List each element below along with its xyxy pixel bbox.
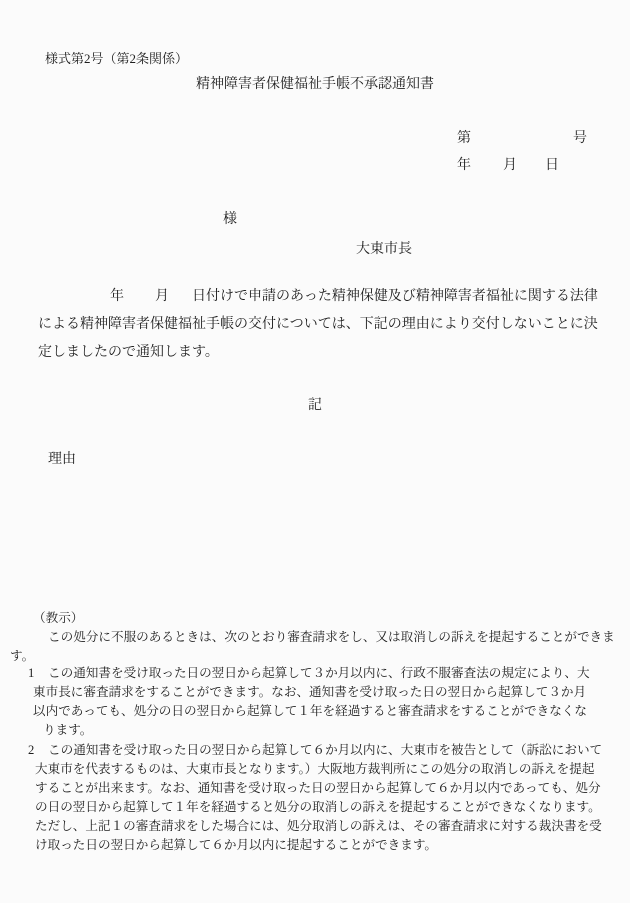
kyoji-item2-number: 2 bbox=[28, 743, 34, 758]
ki-marker: 記 bbox=[0, 398, 630, 414]
reason-label: 理由 bbox=[48, 452, 76, 468]
kyoji-item1-line2: 東市長に審査請求をすることができます。なお、通知書を受け取った日の翌日から起算し… bbox=[33, 685, 586, 700]
body-line1-text: 日付けで申請のあった精神保健及び精神障害者福祉に関する法律 bbox=[192, 289, 598, 305]
kyoji-item1-line1: この通知書を受け取った日の翌日から起算して３か月以内に、行政不服審査法の規定によ… bbox=[48, 666, 590, 681]
form-number: 様式第2号（第2条関係） bbox=[45, 51, 188, 66]
kyoji-item1-line4: ります。 bbox=[43, 723, 92, 738]
kyoji-item2-line2: 大東市を代表するものは、大東市長となります。）大阪地方裁判所にこの処分の取消しの… bbox=[35, 762, 594, 777]
document-title: 精神障害者保健福祉手帳不承認通知書 bbox=[0, 77, 630, 93]
kyoji-item2-line3: することが出来ます。なお、通知書を受け取った日の翌日から起算して６か月以内であっ… bbox=[35, 781, 601, 796]
kyoji-item2-line4: の日の翌日から起算して１年を経過すると処分の取消しの訴えを提起することができなく… bbox=[35, 800, 601, 815]
date-day-label: 日 bbox=[545, 158, 559, 174]
document-page: 様式第2号（第2条関係） 精神障害者保健福祉手帳不承認通知書 第 号 年 月 日… bbox=[0, 0, 630, 903]
date-year-label: 年 bbox=[457, 158, 471, 174]
kyoji-intro-line1: この処分に不服のあるときは、次のとおり審査請求をし、又は取消しの訴えを提起するこ… bbox=[48, 630, 615, 645]
kyoji-item1-number: 1 bbox=[28, 666, 34, 681]
body-line2-text: による精神障害者保健福祉手帳の交付については、下記の理由により交付しないことに決 bbox=[38, 317, 598, 333]
kyoji-intro-line2: す。 bbox=[10, 649, 34, 664]
kyoji-item1-line3: 以内であっても、処分の日の翌日から起算して１年を経過すると審査請求をすることがで… bbox=[33, 704, 587, 719]
kyoji-item2-line5: ただし、上記１の審査請求をした場合には、処分取消しの訴えは、その審査請求に対する… bbox=[35, 819, 602, 834]
body-line1-year: 年 bbox=[110, 289, 124, 305]
kyoji-item2-line6: け取った日の翌日から起算して６か月以内に提起することができます。 bbox=[35, 838, 437, 853]
body-line3-text: 定しましたので通知します。 bbox=[38, 345, 219, 361]
date-month-label: 月 bbox=[503, 158, 517, 174]
kyoji-item2-line1: この通知書を受け取った日の翌日から起算して６か月以内に、大東市を被告として（訴訟… bbox=[48, 743, 602, 758]
body-line1-month: 月 bbox=[155, 289, 169, 305]
addressee-honorific: 様 bbox=[223, 212, 237, 228]
issuer-name: 大東市長 bbox=[356, 242, 412, 258]
doc-number-go-label: 号 bbox=[573, 131, 587, 147]
doc-number-dai-label: 第 bbox=[457, 131, 471, 147]
kyoji-heading: （教示） bbox=[33, 611, 83, 626]
